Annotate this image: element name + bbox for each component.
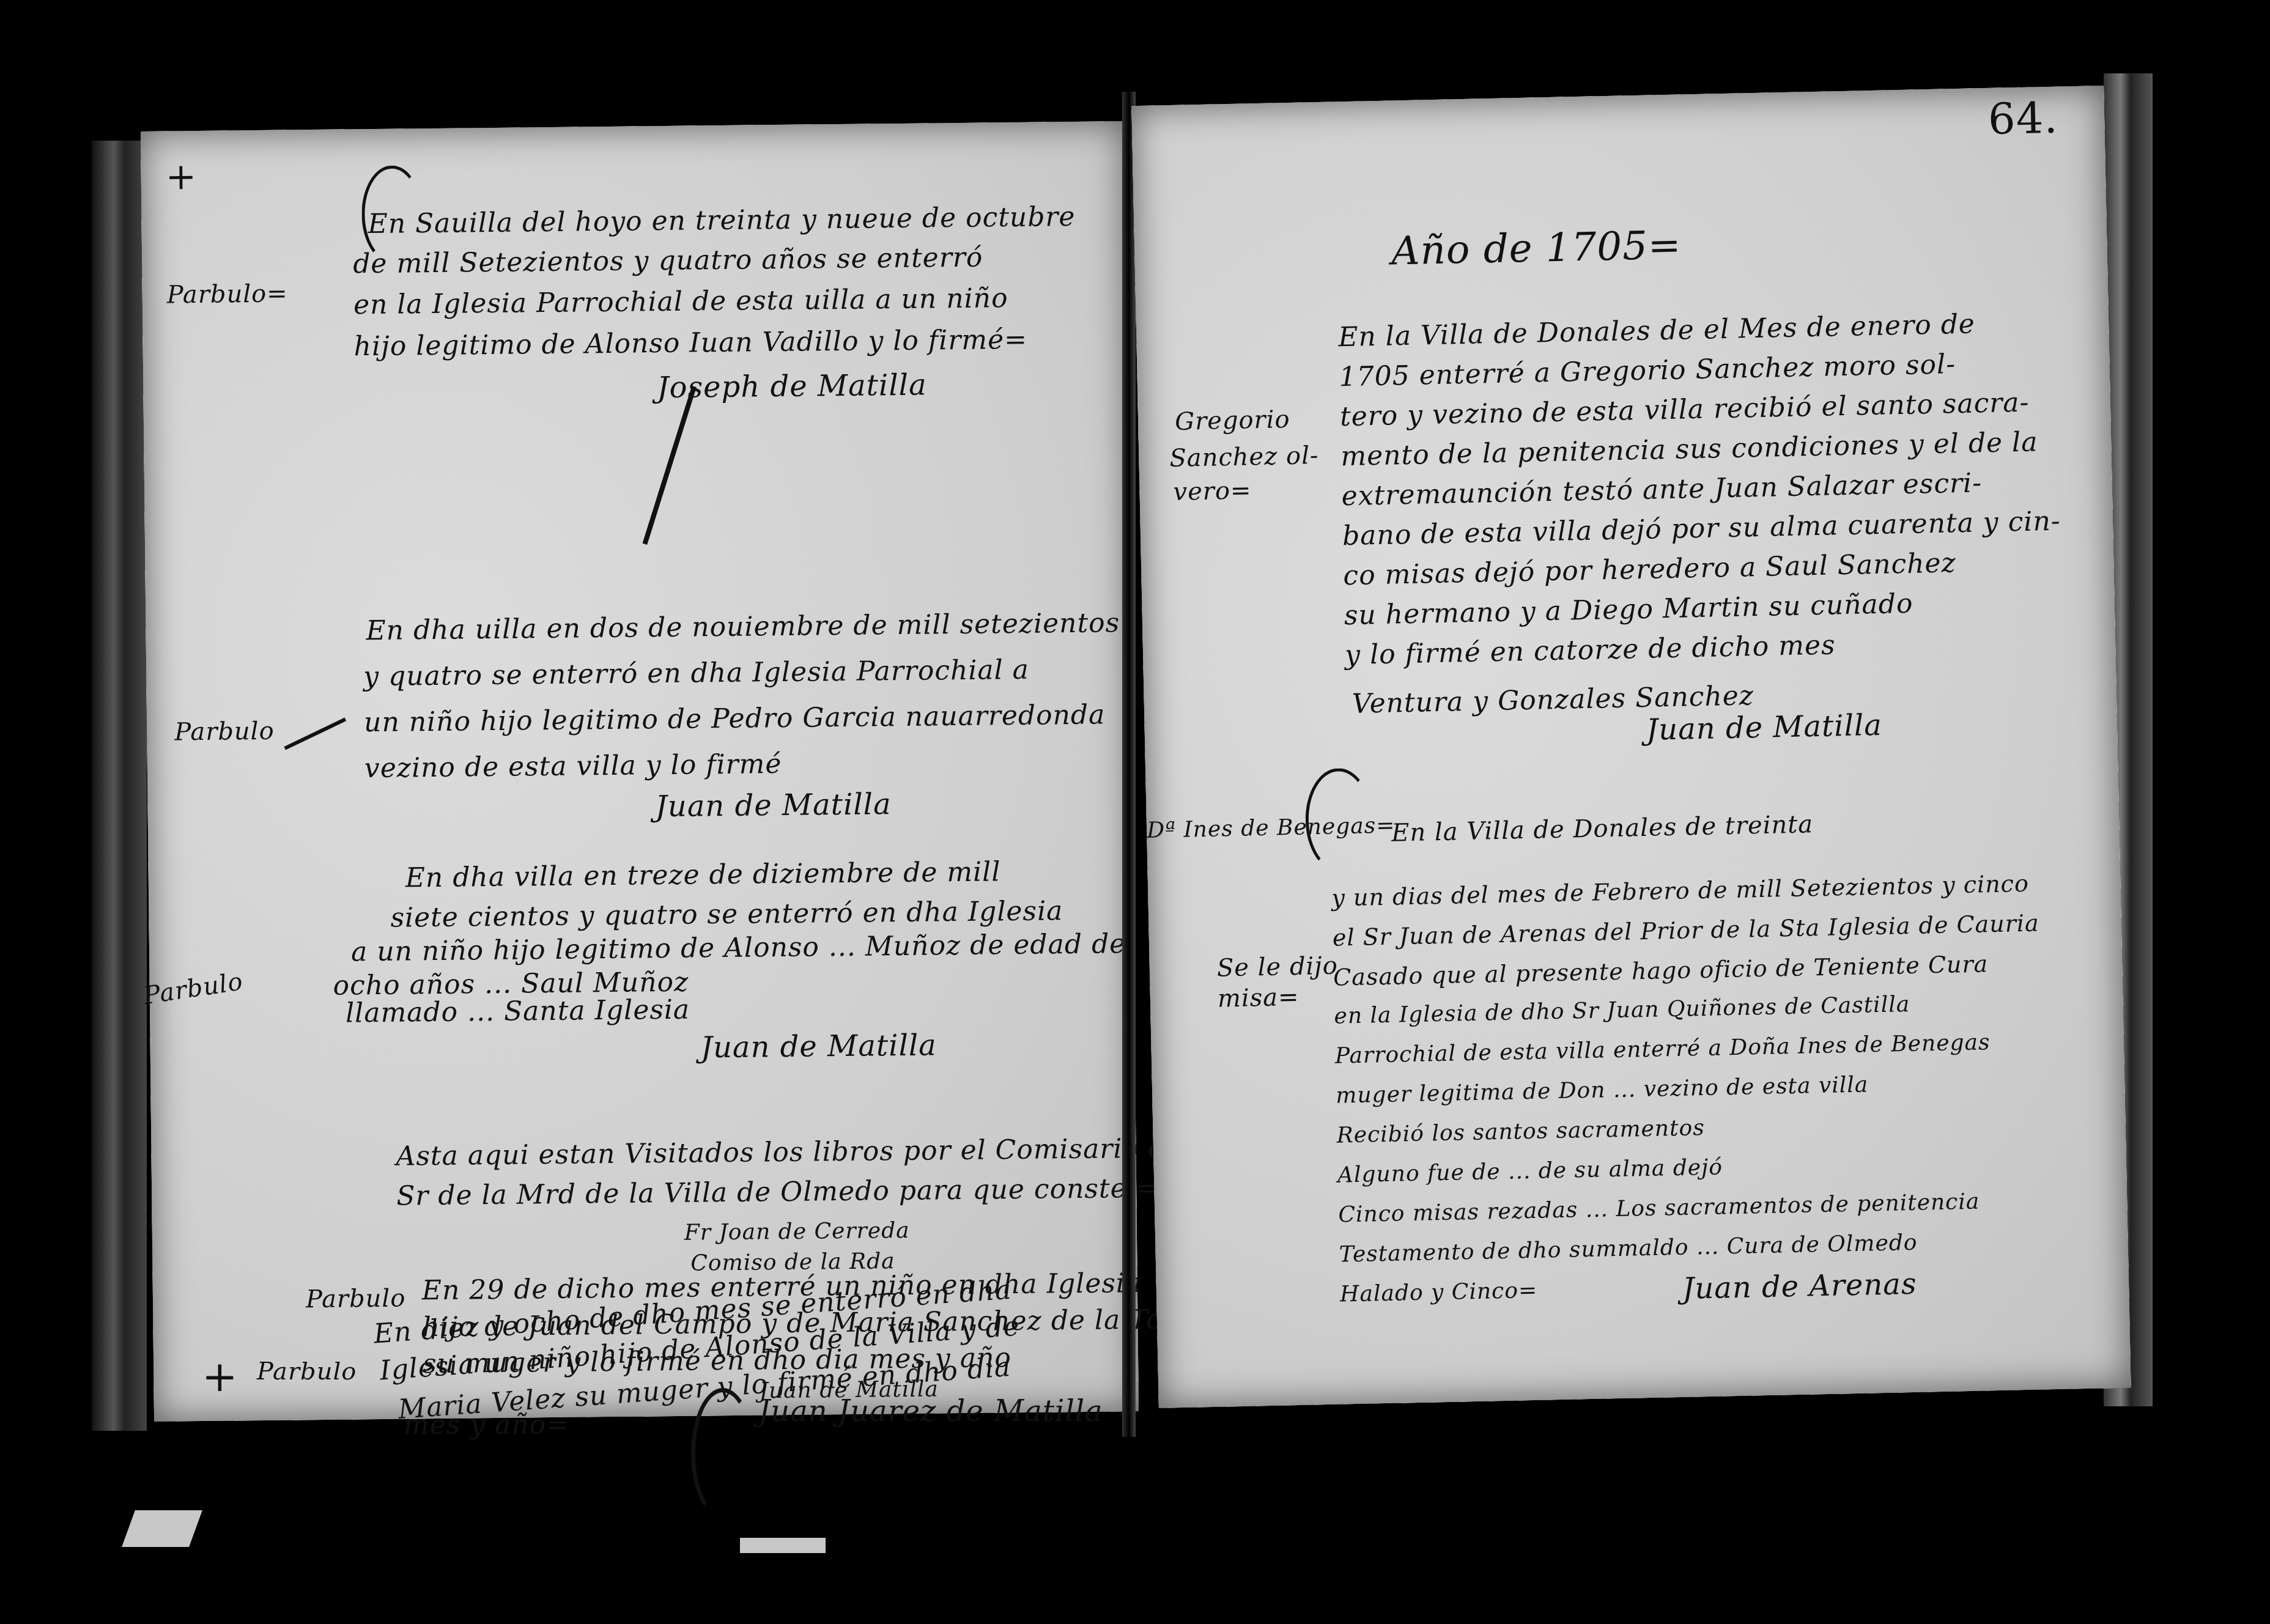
entry-3-line-1: En dha villa en treze de diziembre de mi… <box>405 856 1001 893</box>
year-heading: Año de 1705= <box>1391 223 1682 275</box>
visitation-line-2: Sr de la Mrd de la Villa de Olmedo para … <box>396 1173 1159 1212</box>
page-tab-bottom-left <box>122 1510 202 1547</box>
right-entry-2-line-6: Parrochial de esta villa enterré a Doña … <box>1335 1030 1991 1068</box>
margin-note-entry-2: Parbulo <box>174 717 275 747</box>
entry-2-line-3: un niño hijo legitimo de Pedro Garcia na… <box>364 699 1106 739</box>
right-entry-1-line-4: mento de la penitencia sus condiciones y… <box>1340 426 2038 472</box>
signature-loop-flourish <box>691 1388 755 1519</box>
folio-number: 64. <box>1987 93 2058 144</box>
book-gutter <box>1122 92 1136 1437</box>
right-margin-entry-1-line-2: Sanchez ol- <box>1169 441 1319 473</box>
entry-3-signature: Juan de Matilla <box>700 1028 937 1065</box>
entry-3-line-3: a un niño hijo legitimo de Alonso ... Mu… <box>351 928 1126 967</box>
book-binding-left-edge <box>92 141 147 1431</box>
margin-note-entry-6: Parbulo <box>257 1357 357 1386</box>
right-entry-1-line-5: extremaunción testó ante Juan Salazar es… <box>1341 467 1982 512</box>
margin-cross-entry-6: + <box>202 1351 238 1401</box>
entry-1-line-2: de mill Setezientos y quatro años se ent… <box>353 242 983 280</box>
visitation-signature-1: Fr Joan de Cerreda <box>684 1218 910 1246</box>
page-tab-bottom-mid <box>740 1538 826 1553</box>
right-margin-entry-1-line-3: vero= <box>1173 476 1252 506</box>
entry-3-line-2: siete cientos y quatro se enterró en dha… <box>390 895 1063 934</box>
entry-2-line-1: En dha uilla en dos de nouiembre de mill… <box>366 607 1120 646</box>
right-page: 64. Año de 1705= Gregorio Sanchez ol- ve… <box>1131 86 2131 1408</box>
entry-1-line-3: en la Iglesia Parrochial de esta uilla a… <box>353 282 1008 320</box>
right-entry-2-line-12: Halado y Cinco= <box>1340 1278 1538 1307</box>
right-entry-2-line-5: en la Iglesia de dho Sr Juan Quiñones de… <box>1334 992 1910 1029</box>
right-entry-2-line-7: muger legitima de Don ... vezino de esta… <box>1336 1072 1869 1108</box>
right-entry-2-line-3: el Sr Juan de Arenas del Prior de la Sta… <box>1332 910 2039 951</box>
left-page: + Parbulo= En Sauilla del hoyo en treint… <box>141 121 1139 1422</box>
visitation-line-1: Asta aqui estan Visitados los libros por… <box>396 1132 1246 1172</box>
right-margin-entry-2-line-3: misa= <box>1217 983 1300 1013</box>
right-entry-1-line-9: y lo firmé en catorze de dicho mes <box>1345 629 1836 671</box>
margin-note-entry-3: Parbulo <box>142 967 245 1010</box>
right-entry-2-line-10: Cinco misas rezadas ... Los sacramentos … <box>1338 1189 1980 1228</box>
right-entry-2-line-4: Casado que al presente hago oficio de Te… <box>1333 950 1989 991</box>
entry-6-line-4: mes y año= <box>404 1409 569 1441</box>
right-entry-1-line-7: co misas dejó por heredero a Saul Sanche… <box>1343 547 1956 591</box>
margin-dash <box>284 718 346 750</box>
entry-1-line-1: En Sauilla del hoyo en treinta y nueue d… <box>368 201 1075 240</box>
right-entry-2-line-11: Testamento de dho summaldo ... Cura de O… <box>1339 1230 1918 1268</box>
margin-note-entry-1: Parbulo= <box>167 279 288 309</box>
initial-flourish-right <box>1304 767 1374 873</box>
entry-6-signature: Juan Juarez de Matilla <box>758 1394 1103 1428</box>
right-entry-2-line-1: En la Villa de Donales de treinta <box>1391 810 1814 847</box>
right-margin-entry-1-line-1: Gregorio <box>1175 405 1290 436</box>
entry-2-line-4: vezino de esta villa y lo firmé <box>364 748 782 784</box>
signature-flourish-stroke <box>643 386 697 545</box>
margin-note-entry-5: Parbulo <box>306 1285 406 1314</box>
right-margin-entry-2-line-2: Se le dijo <box>1216 952 1338 983</box>
right-entry-1-signature: Juan de Matilla <box>1646 708 1882 747</box>
right-entry-1-line-2: 1705 enterré a Gregorio Sanchez moro sol… <box>1339 349 1956 393</box>
entry-2-line-2: y quatro se enterró en dha Iglesia Parro… <box>363 654 1029 692</box>
entry-1-line-4: hijo legitimo de Alonso Iuan Vadillo y l… <box>353 324 1027 363</box>
right-entry-2-signature: Juan de Arenas <box>1682 1267 1917 1306</box>
right-entry-2-line-2: y un dias del mes de Febrero de mill Set… <box>1331 870 2029 912</box>
entry-2-signature: Juan de Matilla <box>655 787 892 824</box>
right-entry-1-line-3: tero y vezino de esta villa recibió el s… <box>1340 387 2030 433</box>
entry-3-line-5: llamado ... Santa Iglesia <box>346 994 690 1029</box>
right-entry-2-line-8: Recibió los santos sacramentos <box>1336 1115 1705 1148</box>
right-entry-1-line-6: bano de esta villa dejó por su alma cuar… <box>1342 506 2061 552</box>
entry-1-signature: Joseph de Matilla <box>657 368 927 405</box>
right-entry-2-line-9: Alguno fue de ... de su alma dejó <box>1337 1154 1723 1187</box>
top-cross-mark: + <box>165 155 197 199</box>
right-entry-1-line-1: En la Villa de Donales de el Mes de ener… <box>1338 308 1975 353</box>
right-entry-1-line-8: su hermano y a Diego Martin su cuñado <box>1344 588 1913 631</box>
